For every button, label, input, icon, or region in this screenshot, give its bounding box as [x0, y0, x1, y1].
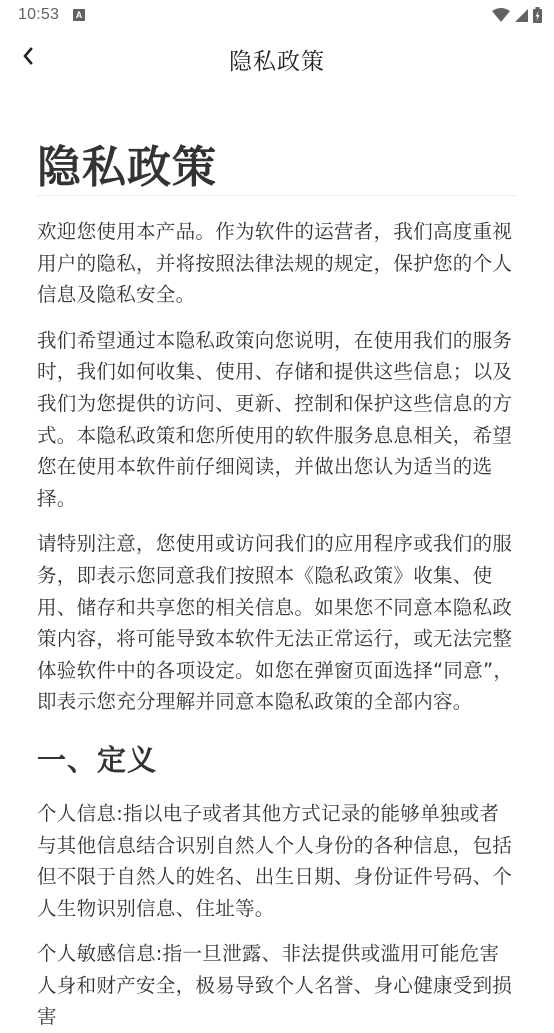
status-bar: 10:53 A: [0, 0, 554, 30]
intro-paragraph: 我们希望通过本隐私政策向您说明，在使用我们的服务时，我们如何收集、使用、存储和提…: [37, 325, 517, 515]
wifi-icon: [492, 8, 510, 22]
chevron-left-icon: [21, 47, 35, 69]
section-heading-definitions: 一、定义: [37, 740, 517, 780]
cellular-signal-icon: [515, 9, 528, 22]
status-right: [492, 7, 542, 23]
app-title: 隐私政策: [229, 43, 325, 76]
definition-personal-info: 个人信息:指以电子或者其他方式记录的能够单独或者与其他信息结合识别自然人个人身份…: [37, 798, 517, 924]
notification-icon: A: [73, 9, 85, 21]
definition-sensitive-info: 个人敏感信息:指一旦泄露、非法提供或滥用可能危害人身和财产安全，极易导致个人名誉…: [37, 938, 517, 984]
app-bar: 隐私政策: [0, 30, 554, 86]
intro-paragraph: 欢迎您使用本产品。作为软件的运营者，我们高度重视用户的隐私，并将按照法律法规的规…: [37, 216, 517, 311]
status-left: 10:53 A: [18, 6, 85, 24]
back-button[interactable]: [14, 44, 42, 72]
battery-charging-icon: [533, 7, 542, 23]
privacy-policy-content[interactable]: 隐私政策 欢迎您使用本产品。作为软件的运营者，我们高度重视用户的隐私，并将按照法…: [37, 86, 517, 984]
document-title: 隐私政策: [37, 142, 517, 196]
status-time: 10:53: [18, 6, 59, 24]
intro-paragraph: 请特别注意，您使用或访问我们的应用程序或我们的服务，即表示您同意我们按照本《隐私…: [37, 528, 517, 718]
